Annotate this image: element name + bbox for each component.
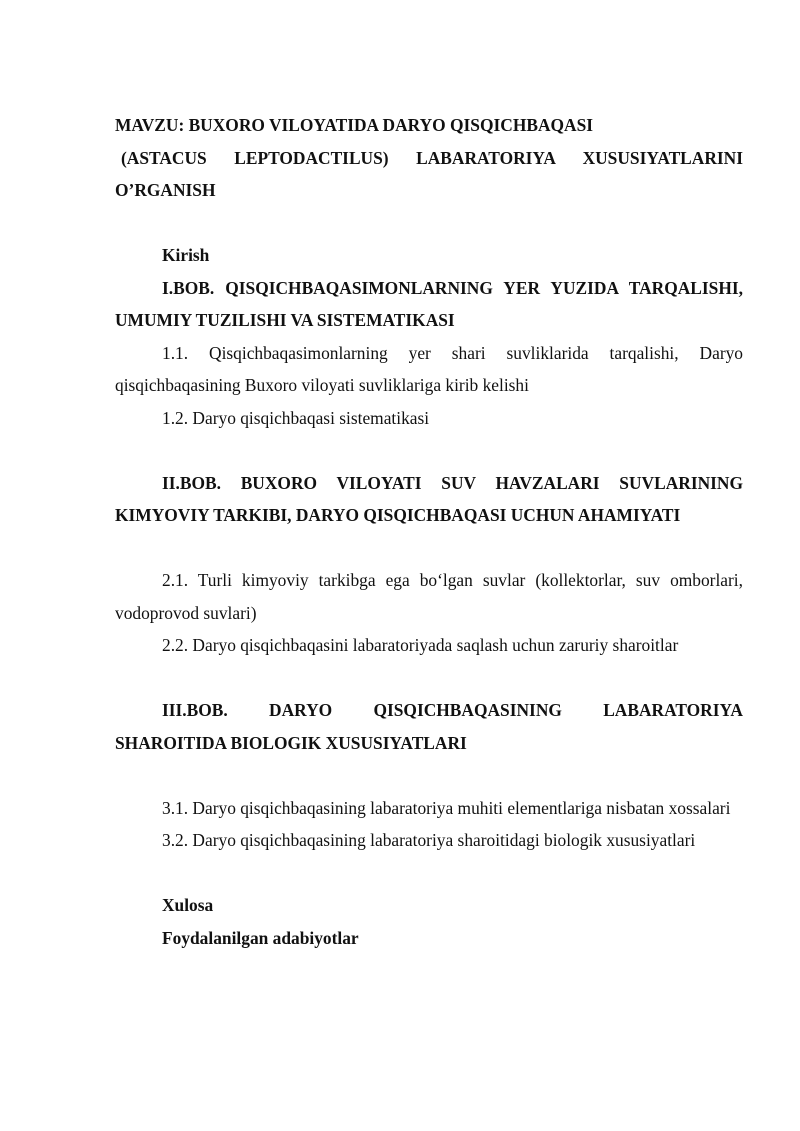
section-3-1: 3.1. Daryo qisqichbaqasining labaratoriy… <box>115 792 743 825</box>
document-page: MAVZU: BUXORO VILOYATIDA DARYO QISQICHBA… <box>115 109 743 954</box>
section-1-2: 1.2. Daryo qisqichbaqasi sistematikasi <box>115 402 743 435</box>
spacer <box>115 857 743 890</box>
title-line-3: O’RGANISH <box>115 174 743 207</box>
conclusion-heading: Xulosa <box>115 889 743 922</box>
spacer <box>115 662 743 695</box>
chapter-3-heading: III.BOB. DARYO QISQICHBAQASINING LABARAT… <box>115 694 743 759</box>
section-2-1: 2.1. Turli kimyoviy tarkibga ega bo‘lgan… <box>115 564 743 629</box>
intro-heading: Kirish <box>115 239 743 272</box>
spacer <box>115 434 743 467</box>
section-2-2: 2.2. Daryo qisqichbaqasini labaratoriyad… <box>115 629 743 662</box>
section-3-2: 3.2. Daryo qisqichbaqasining labaratoriy… <box>115 824 743 857</box>
spacer <box>115 759 743 792</box>
spacer <box>115 207 743 240</box>
chapter-1-heading: I.BOB. QISQICHBAQASIMONLARNING YER YUZID… <box>115 272 743 337</box>
section-1-1: 1.1. Qisqichbaqasimonlarning yer shari s… <box>115 337 743 402</box>
references-heading: Foydalanilgan adabiyotlar <box>115 922 743 955</box>
title-line-1: MAVZU: BUXORO VILOYATIDA DARYO QISQICHBA… <box>115 109 743 142</box>
spacer <box>115 532 743 565</box>
chapter-2-heading: II.BOB. BUXORO VILOYATI SUV HAVZALARI SU… <box>115 467 743 532</box>
title-line-2: (ASTACUS LEPTODACTILUS) LABARATORIYA XUS… <box>115 142 743 175</box>
